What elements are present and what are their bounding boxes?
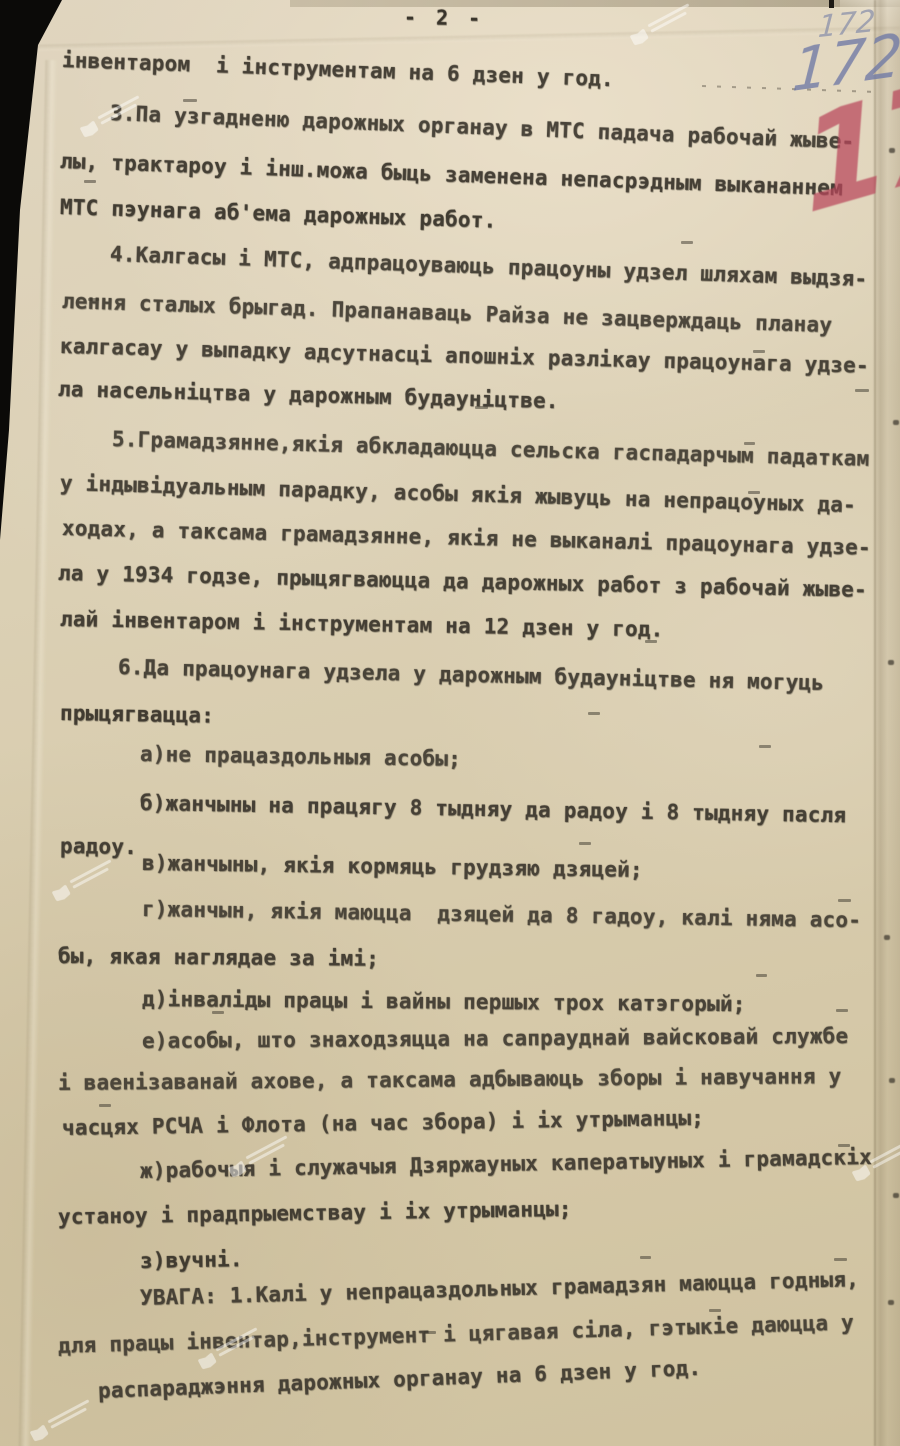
ink-smudge	[753, 350, 765, 353]
typed-line: 6.Да працоунага удзела у дарожным будаун…	[118, 655, 825, 695]
edge-text-fragment	[888, 660, 894, 665]
ink-smudge	[855, 389, 869, 392]
typed-line: в)жанчыны, якія кормяць грудзяю дзяцей;	[142, 851, 643, 882]
ink-smudge	[834, 1258, 847, 1261]
open-book-icon	[198, 1353, 219, 1372]
typed-line: і ваенізаванай ахове, а таксама адбываюц…	[58, 1064, 842, 1095]
vertical-crease	[19, 60, 58, 1446]
ink-smudge	[744, 442, 755, 445]
typed-line: устаноу і прадпрыемствау і іх утрыманцы;	[58, 1197, 572, 1229]
edge-text-fragment	[889, 1078, 895, 1083]
scan-top-edge	[290, 0, 900, 7]
open-book-icon	[630, 29, 651, 48]
archive-watermark	[194, 1319, 271, 1378]
horizontal-crease	[0, 27, 900, 52]
ink-smudge	[838, 1144, 850, 1147]
typed-line: з)вучні.	[140, 1247, 243, 1273]
typed-line: лы, трактароу і інш.можа быць заменена н…	[60, 149, 844, 200]
edge-text-fragment	[889, 148, 895, 153]
scan-black-edge	[0, 0, 70, 540]
open-book-icon	[52, 885, 73, 904]
typed-line: радоу.	[60, 834, 137, 859]
archive-watermark	[626, 0, 703, 53]
typed-line: 3.Па узгадненю дарожных органау в МТС па…	[110, 101, 855, 154]
ink-smudge	[756, 974, 767, 977]
typed-line: у індывідуальным парадку, асобы якія жыв…	[60, 471, 857, 517]
edge-text-fragment	[888, 1300, 894, 1305]
scanned-document-page: - 2 - інвентаром і інструментам на 6 дзе…	[0, 0, 900, 1446]
typed-line: часцях РСЧА і Флота (на час збора) і іх …	[62, 1106, 704, 1140]
ink-smudge	[183, 99, 197, 102]
typed-line: ла у 1934 годзе, прыцягваюцца да дарожны…	[58, 561, 867, 602]
ink-smudge	[681, 241, 693, 244]
typed-line: лай інвентаром і інструментам на 12 дзен…	[60, 607, 664, 642]
ink-smudge	[475, 406, 488, 409]
edge-text-fragment	[884, 935, 890, 940]
page-number: - 2 -	[404, 5, 485, 30]
open-book-icon	[852, 1165, 873, 1184]
ink-smudge	[838, 899, 851, 902]
ink-smudge	[640, 1256, 651, 1259]
typed-line: прыцягвацца:	[60, 701, 215, 728]
ink-smudge	[84, 180, 96, 183]
typed-line: 4.Калгасы і МТС, адпрацоуваюць працоуны …	[110, 242, 868, 291]
edge-text-fragment	[893, 1193, 899, 1198]
typed-line: а)не працаздольныя асобы;	[140, 742, 461, 771]
typed-line: бы, якая наглядае за імі;	[58, 944, 379, 971]
archive-watermark	[26, 1391, 103, 1446]
ink-smudge	[759, 745, 771, 748]
typed-line: б)жанчыны на працягу 8 тыдняу да радоу і…	[140, 791, 847, 827]
archive-watermark	[48, 851, 125, 910]
ink-smudge	[212, 1011, 224, 1014]
typed-line: для працы інвентар,інструмент і цягавая …	[58, 1310, 855, 1358]
typed-line: е)асобы, што знаходзяцца на сапрауднай в…	[142, 1024, 849, 1053]
typed-line: інвентаром і інструментам на 6 дзен у го…	[62, 48, 615, 91]
ink-smudge	[99, 1104, 111, 1107]
ink-smudge	[748, 491, 760, 494]
ink-smudge	[579, 842, 591, 845]
open-book-icon	[30, 1425, 51, 1444]
ink-smudge	[645, 640, 657, 643]
typed-line: распараджэння дарожных органау на 6 дзен…	[98, 1356, 702, 1403]
archive-watermark	[76, 87, 153, 146]
typed-line: д)інваліды працы і вайны першых трох кат…	[142, 987, 746, 1016]
typed-line: ходах, а таксама грамадзянне, якія не вы…	[62, 516, 871, 560]
typed-line: лення сталых брыгад. Прапанаваць Райза н…	[62, 289, 833, 337]
scan-top-mark	[829, 0, 834, 8]
open-book-icon	[80, 121, 101, 140]
ink-smudge	[588, 712, 600, 715]
typed-line: калгасау у выпадку адсутнасці апошніх ра…	[60, 334, 869, 378]
typed-line: г)жанчын, якія маюцца дзяцей да 8 гадоу,…	[142, 897, 862, 932]
ink-smudge	[424, 1331, 436, 1334]
ink-smudge	[88, 298, 99, 301]
typed-line: МТС пэунага аб'ема дарожных работ.	[60, 195, 497, 233]
edge-text-fragment	[893, 420, 899, 425]
ink-smudge	[836, 1009, 848, 1012]
typed-line: УВАГА: 1.Калі у непрацаздольных грамадзя…	[140, 1267, 860, 1310]
typed-line: 5.Грамадзянне,якія абкладаюцца сельска г…	[112, 427, 870, 471]
ink-smudge	[709, 1309, 721, 1312]
